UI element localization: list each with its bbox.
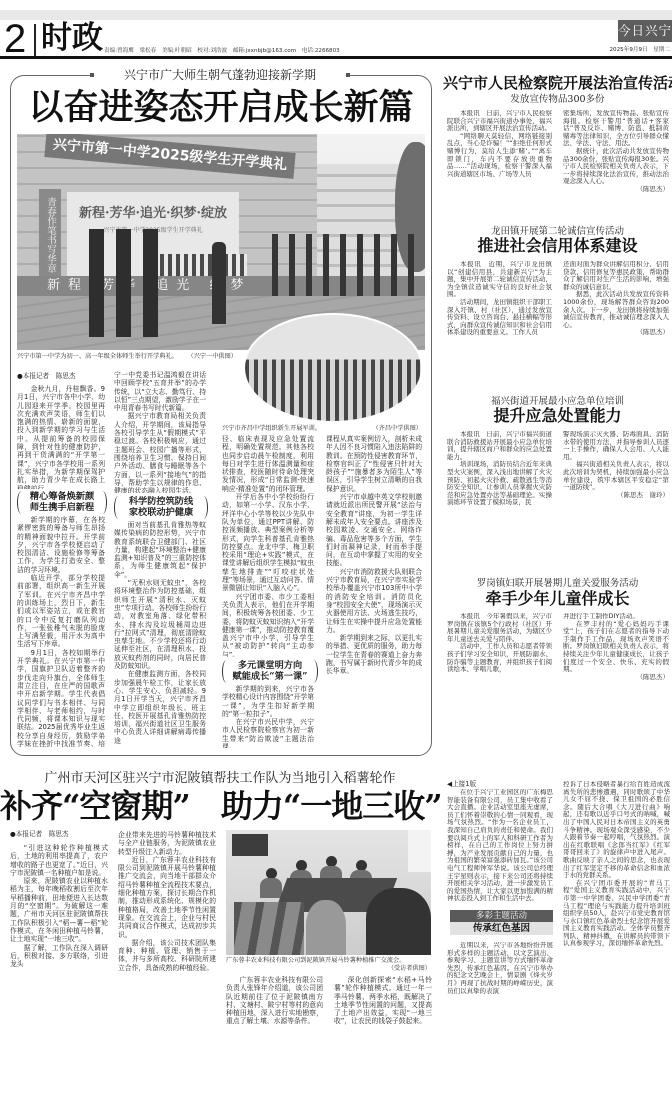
paragraph: 深化创新探索“水稻+马铃薯”轮作种植模式。通过一年一季马铃薯、两季水稻，既解决了… — [334, 976, 432, 1026]
paragraph: 近日，广东蓉丰农业科技有限公司到泥陂镇开展马铃薯种植推广交流会，向当地干部群众介… — [118, 856, 216, 939]
article4-headline: 牵手少年儿童伴成长 — [443, 590, 672, 608]
editor-credits: 责编:曾海鹰 梁松春 美编:叶朝昭 校对:刘浩波 邮箱:jxxnbjb@163.… — [104, 48, 340, 55]
square-mark-icon — [346, 73, 350, 77]
subhead-bar-light: 传承红色基因 — [450, 922, 553, 935]
feature-col1-bottom: 新学期的序幕，在各校紧锣密鼓的筹备与师生昂扬的精神面貌中拉开。开学前夕，兴宁市各… — [17, 516, 105, 748]
inset-photo — [243, 313, 423, 423]
paragraph: 临近开学，部分学校提前部署，组织高一新生开展了军训。在兴宁市齐昌中学的训练场上，… — [17, 574, 105, 649]
subhead-line: 家校联动护健康 — [114, 507, 208, 518]
photo-side-banner: 青春作笔书写华章 — [39, 189, 61, 281]
feature-col1-top: 金秋九月，丹桂飘香。9月1日，兴宁市各中小学、幼儿园迎来开学季。校园里再次充满欢… — [17, 385, 105, 489]
continued-col-b: 控诉了日本侵略者暴行给百姓造成流离失所的悲惨遭遇，同时歌颂了中华儿女不屈不挠、保… — [563, 781, 670, 1100]
paragraph: “引进这种轮作种植模式后，土地的利用率提高了，农户增收的路子也更宽了。”近日，兴… — [10, 844, 108, 877]
left-bracket-icon — [114, 496, 123, 519]
article1-col-a: 本报讯 日前，兴宁市人民检察院联合兴宁市福兴街道办事处、福兴派出所，到辖区开展法… — [447, 110, 552, 216]
paragraph: 新学期的序幕，在各校紧锣密鼓的筹备与师生昂扬的精神面貌中拉开。开学前夕，兴宁市各… — [17, 516, 105, 574]
paragraph: 培训现场，消防员结合近年来典型火灾案例，深入浅出地讲解了火灾预防、初起火灾扑救、… — [447, 461, 552, 507]
right-bracket-icon — [98, 491, 107, 514]
article2-col-b: 还面对面为群众讲解信用积分、信用贷款、信用修复等惠民政策，帮助群众了解信用对生产… — [563, 261, 669, 386]
section-title: 时政 — [41, 21, 103, 55]
article1-col-b: 密集场所，发放宣传物品、张贴宣传海报。检察干警用“普通话+客家话”普及反诈、赌博… — [563, 110, 669, 216]
backdrop-title: 新程·芳华·追光·织梦·绽放 — [67, 202, 239, 221]
top-band — [0, 10, 672, 20]
paragraph: 面对当前基孔肯雅热等蚊媒传染病的防控形势，兴宁市教育系统联合卫健部门、社区力量，… — [114, 521, 206, 579]
right-bracket-icon — [199, 496, 208, 519]
paragraph: 在罗丰村的“爱心妈妈巧手课堂”上，孩子们在志愿者的指导下动手制作手工作品，现场欢… — [563, 621, 669, 674]
paragraph: 活动期间，龙田镇组织干部职工深入圩镇、村（社区），通过发放宣传资料、设立咨询台、… — [447, 299, 552, 337]
paragraph: 本报讯 日前，兴宁市人民检察院联合兴宁市福兴街道办事处、福兴派出所，到辖区开展法… — [447, 110, 552, 133]
meeting-photo-caption: 广东蓉丰农业科技有限公司到泥陂镇开展马铃薯种植推广交流会。 （受访者供图） — [226, 957, 431, 973]
article3-headline: 提升应急处置能力 — [443, 407, 672, 425]
paragraph: 本报讯 近期，兴宁市龙田镇以“创建信用县，共建新兴宁”为主题，集中开展第二轮诚信… — [447, 261, 552, 299]
square-mark-icon — [90, 73, 94, 77]
paragraph: 课程从真实案例切入，剖析未成年人因不良习惯陷入违法陷阱的教训。在预防性侵害教育环… — [326, 435, 422, 493]
caption-credit: （齐昌中学供图） — [373, 425, 423, 433]
article1-headline: 兴宁市人民检察院开展法治宣传活动 — [443, 74, 672, 92]
subhead-line: 多元课堂明方向 — [222, 660, 318, 671]
article-credit: （陈思杰） — [563, 329, 669, 337]
photo-person — [260, 878, 282, 898]
caption-text: 兴宁市齐昌中学组织新生开展军训。 — [222, 425, 321, 432]
caption-text: 兴宁市第一中学为初一、高一年级全体师生举行开学典礼。 — [17, 353, 178, 360]
paragraph: “无积水则无蚊虫”，各校将环境整治作为防控基础，组织师生开展“清积水、灭蚊虫”专… — [114, 579, 206, 670]
paragraph: 兴宁团市委、市少工委相关负责人表示，他们在开学期间，积极统筹各校团委、少工委，将… — [222, 593, 314, 657]
paragraph: 还面对面为群众讲解信用积分、信用贷款、信用修复等惠民政策，帮助群众了解信用对生产… — [563, 261, 669, 291]
article4-col-a: 本报讯 今年暑假以来，兴宁市罗岗镇在该镇5个行政村（社区）开展暑期儿童关爱服务活… — [447, 613, 552, 749]
photo-window — [408, 830, 431, 872]
article4-col-b: 并进行手工制作DIY活动。 在罗丰村的“爱心妈妈巧手课堂”上，孩子们在志愿者的指… — [563, 613, 669, 749]
paragraph: 在兴宁团市委开展的“青马工程”爱国主义教育实践活动中，兴宁市第一中学团委、兴民中… — [563, 880, 670, 948]
paragraph: 福兴街道相关负责人表示，将以此次培训为契机，持续加强最小应急单位建设，筑牢本辖区… — [563, 461, 669, 491]
paragraph: 据悉，此次活动共发放宣传资料1000余份，现场解答群众咨询200余人次。下一步，… — [563, 291, 669, 329]
feature-col2-top: 宁一中党委书记温鸿毅在讲话中回顾学校“五育并举”的办学传统，以“立大志、勤笃行、… — [114, 371, 206, 493]
feature-col3-top: 径、临床表现及应急处置流程，明确处置规范。其他各校也同步启动晨午检制度，利用每日… — [222, 435, 314, 657]
paragraph: 原来，泥陂镇农业以种植水稻为主，每年晚稻收割后至次年早稻播种前，田地便进入长达数… — [10, 877, 108, 943]
article2-headline: 推进社会信用体系建设 — [443, 237, 672, 255]
caption-text: 广东蓉丰农业科技有限公司到泥陂镇开展马铃薯种植推广交流会。 — [226, 957, 431, 965]
article-credit: （陈思杰） — [563, 186, 669, 194]
article1-subtitle: 发放宣传物品300多份 — [443, 94, 672, 105]
article-credit: （陈思杰 谢玲） — [563, 492, 669, 500]
photo-person-foreground — [306, 900, 346, 955]
bottom-col3: 广东蓉丰农业科技有限公司负责人张锋年介绍道，该公司团队近期前往了位于泥陂镇南方村… — [226, 976, 323, 1100]
photo-marcher — [212, 242, 226, 324]
bottom-kicker: 广州市天河区驻兴宁市泥陂镇帮扶工作队为当地引入稻薯轮作 — [0, 771, 440, 787]
paragraph: 据了解，工作队在深入调研后，积极对接、多方联络，引进龙头 — [10, 944, 108, 969]
photo-flag-guard — [89, 229, 169, 337]
paragraph: 金秋九月，丹桂飘香。9月1日，兴宁市各中小学、幼儿园迎来开学季。校园里再次充满欢… — [17, 385, 105, 489]
feature-byline: ●本报记者 陈思杰 — [17, 372, 76, 380]
bottom-byline: ●本报记者 陈思杰 — [10, 830, 69, 838]
bottom-headline: 补齐“空窗期” 助力“一地三收” — [0, 787, 440, 825]
subhead-bar-dark: 多彩主题活动 — [450, 910, 553, 922]
paragraph: 在兴宁市兴民中学，兴宁市人民检察院检察官为初一新生带来“防治欺凌”主题法治课。 — [222, 718, 314, 748]
subhead-line: 赋能成长“第一课” — [222, 671, 318, 682]
caption-credit: （兴宁一中供图） — [188, 353, 238, 361]
bottom-col1: “引进这种轮作种植模式后，土地的利用率提高了，农户增收的路子也更宽了。”近日，兴… — [10, 844, 108, 1100]
caption-credit: （受访者供图） — [226, 965, 431, 973]
paragraph: 本报讯 日前，兴宁市福兴街道联合消防救援站开展最小应急单位培训，提升辖区商户和群… — [447, 431, 552, 461]
right-bracket-icon — [309, 660, 318, 683]
paragraph: 新学期的到来，兴宁市各学校精心设计内容围绕“开学第一课”，为学生扣好新学期的“第… — [222, 685, 314, 718]
paragraph: 广东蓉丰农业科技有限公司负责人张锋年介绍道，该公司团队近期前往了位于泥陂镇南方村… — [226, 976, 323, 1026]
paragraph: 在位于兴宁工业园区的广东梅思智能装备有限公司，员工集中收看了大会直播。企业活动室… — [447, 789, 553, 903]
subhead-line: 科学防控筑防线 — [114, 496, 208, 507]
paragraph: 近期以来，兴宁市各地纷纷开展形式多样的主题活动，以文艺演出、参观学习、主题宣讲等… — [447, 942, 553, 995]
subhead-line: 师生携手启新程 — [17, 502, 107, 513]
paragraph: 本报讯 今年暑假以来，兴宁市罗岗镇在该镇5个行政村（社区）开展暑期儿童关爱服务活… — [447, 613, 552, 643]
paragraph: 活动中，工作人员和志愿者带领孩子们学习安全知识，开展防溺水、防诈骗等主题教育，并… — [447, 643, 552, 673]
meeting-photo — [226, 830, 431, 955]
bottom-col2: 企业带来先进的马铃薯种植技术与全产业链服务，为泥陂镇农业转型升级注入新动力。 近… — [118, 831, 216, 1100]
paragraph: 开学后各中小学校纷纷行动，如第一小学、汉东小学、坪洋中心小学等校以少先队中队为单… — [222, 493, 314, 593]
feature-kicker-text: 兴宁市广大师生朝气蓬勃迎接新学期 — [124, 68, 316, 82]
subhead-1: 精心筹备焕新颜 师生携手启新程 — [17, 491, 107, 514]
paragraph: 径、临床表现及应急处置流程，明确处置规范。其他各校也同步启动晨午检制度，利用每日… — [222, 435, 314, 493]
continued-col-a-top: 在位于兴宁工业园区的广东梅思智能装备有限公司，员工集中收看了大会直播。企业活动室… — [447, 789, 553, 907]
continued-col-a-bottom: 近期以来，兴宁市各地纷纷开展形式多样的主题活动，以文艺演出、参观学习、主题宣讲等… — [447, 942, 553, 1100]
left-bracket-icon — [222, 660, 231, 683]
article2-col-a: 本报讯 近期，兴宁市龙田镇以“创建信用县，共建新兴宁”为主题，集中开展第二轮诚信… — [447, 261, 552, 386]
article-credit: （陈思杰） — [563, 674, 669, 682]
header-rule — [0, 56, 672, 59]
left-bracket-icon — [17, 491, 26, 514]
main-photo-caption: 兴宁市第一中学为初一、高一年级全体师生举行开学典礼。 （兴宁一中供图） — [17, 353, 237, 361]
feature-col3-bottom: 新学期的到来，兴宁市各学校精心设计内容围绕“开学第一课”，为学生扣好新学期的“第… — [222, 685, 314, 748]
page-number: 2 — [4, 19, 26, 59]
paragraph: 据介绍，该公司技术团队集育种、种植、管理、销售于一体，并与多所高校、科研院所建立… — [118, 939, 216, 972]
continued-subhead: 多彩主题活动 传承红色基因 — [450, 910, 553, 935]
issue-date: 2025年9月9日 星期二 — [590, 47, 670, 54]
photo-person-foreground — [366, 888, 431, 955]
feature-headline: 以奋进姿态开启成长新篇 — [10, 88, 432, 128]
paragraph: 在健康监测方面，各校同步加强晨午检工作，让家长放心、学生安心、负担减轻。9月1日… — [114, 670, 206, 745]
paragraph: 新学期到来之际，以更扎实的举措、更优质的服务，助力每一位学生在青春的赛道上奋力奔… — [326, 634, 422, 675]
paragraph: 控诉了日本侵略者暴行给百姓造成流离失所的悲惨遭遇，同时歌颂了中华儿女不屈不挠、保… — [563, 781, 670, 880]
continued-label: ◀上接1版 — [447, 780, 476, 788]
bottom-col4: 深化创新探索“水稻+马铃薯”轮作种植模式。通过一年一季马铃薯、两季水稻，既解决了… — [334, 976, 432, 1100]
header-divider — [34, 24, 36, 56]
paragraph: 兴宁市消防救援大队则联合兴宁市教育局，在兴宁市实验学校举办覆盖兴宁市103所中小… — [326, 568, 422, 634]
article4-kicker: 罗岗镇妇联开展暑期儿童关爱服务活动 — [443, 578, 672, 589]
article3-col-a: 本报讯 日前，兴宁市福兴街道联合消防救援站开展最小应急单位培训，提升辖区商户和群… — [447, 431, 552, 562]
inset-photo-caption: 兴宁市齐昌中学组织新生开展军训。 （齐昌中学供图） — [222, 425, 422, 433]
article3-col-b: 警现场演示灭火器、防毒面具、消防水带的使用方法，并指导参训人员逐一上手操作，确保… — [563, 431, 669, 562]
photo-marchers — [272, 234, 422, 296]
paragraph: 9月1日，各校如期举行开学典礼。在兴宁市第一中学，国旗护卫队迈着整齐的步伐走向升… — [17, 649, 105, 748]
paragraph: 企业带来先进的马铃薯种植技术与全产业链服务，为泥陂镇农业转型升级注入新动力。 — [118, 831, 216, 856]
photo-wall-poster — [232, 834, 268, 856]
paragraph: 据统计，此次活动共发放宣传物品300余份，张贴宣传海报30张。兴宁市人民检察院相… — [563, 148, 669, 186]
feature-col2-bottom: 面对当前基孔肯雅热等蚊媒传染病的防控形势，兴宁市教育系统联合卫健部门、社区力量，… — [114, 521, 206, 748]
paragraph: 据兴宁市教育局相关负责人介绍，开学期间，该局指导各校引导学生从“假期模式”平稳过… — [114, 412, 206, 493]
subhead-3: 多元课堂明方向 赋能成长“第一课” — [222, 660, 318, 683]
photo-chairs — [234, 902, 304, 955]
feature-col4: 课程从真实案例切入，剖析未成年人因不良习惯陷入违法陷阱的教训。在预防性侵害教育环… — [326, 435, 422, 748]
paragraph: 警现场演示灭火器、防毒面具、消防水带的使用方法，并指导参训人员逐一上手操作，确保… — [563, 431, 669, 461]
paragraph: 兴宁市卓越中英文学校则邀请就近派出所民警开展“法治与安全教育”讲座，为初一学生详… — [326, 493, 422, 568]
newspaper-logo: 今日兴宁 — [618, 20, 672, 42]
paragraph: 密集场所，发放宣传物品、张贴宣传海报。检察干警用“普通话+客家话”普及反诈、赌博… — [563, 110, 669, 148]
paragraph: 宁一中党委书记温鸿毅在讲话中回顾学校“五育并举”的办学传统，以“立大志、勤笃行、… — [114, 371, 206, 412]
paragraph: “网络聊天莫轻信，网络链接别乱点，当心是诈骗！”“拒绝任何形式赌博行为，莫给人生… — [447, 133, 552, 179]
subhead-line: 精心筹备焕新颜 — [17, 491, 107, 502]
feature-kicker: 兴宁市广大师生朝气蓬勃迎接新学期 — [92, 68, 348, 82]
subhead-2: 科学防控筑防线 家校联动护健康 — [114, 496, 208, 519]
